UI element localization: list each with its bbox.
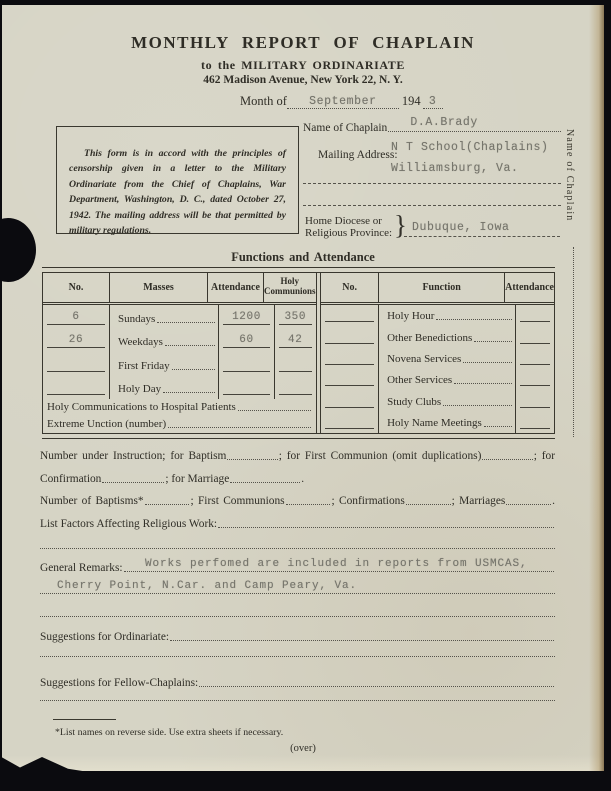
blank-line — [40, 548, 555, 549]
table-row: Study Clubs — [321, 390, 554, 411]
row-label: Other Services — [387, 374, 452, 386]
no-fill-line — [325, 328, 374, 344]
dotted-leader — [238, 410, 311, 411]
censorship-notice-box: This form is in accord with the principl… — [56, 126, 299, 234]
col-header-no: No. — [321, 272, 379, 302]
month-line: Month of September 194 3 — [240, 93, 443, 109]
dotted-leader — [102, 482, 164, 483]
year-fill-line: 3 — [423, 93, 443, 109]
chaplain-name-line: Name of Chaplain D.A.Brady — [303, 122, 562, 134]
table-row: Holy Communications to Hospital Patients — [43, 399, 316, 416]
table-title: Functions and Attendance — [2, 250, 604, 265]
dotted-leader — [168, 427, 310, 428]
no-fill-line — [47, 356, 105, 372]
sacraments-line: Number of Baptisms* ; First Communions ;… — [40, 495, 555, 507]
dotted-leader — [165, 345, 215, 346]
no-fill-line — [325, 370, 374, 386]
over-label: (over) — [2, 743, 604, 754]
col-header-attendance: Attendance — [208, 272, 264, 302]
table-row: First Friday — [43, 352, 316, 376]
col-header-function: Function — [379, 272, 505, 302]
dotted-leader — [454, 383, 512, 384]
attendance-fill-line — [520, 328, 550, 344]
dotted-leader — [163, 392, 215, 393]
table-row: 6 Sundays 1200 350 — [43, 305, 316, 329]
page-title: MONTHLY REPORT OF CHAPLAIN — [2, 33, 604, 53]
attendance-fill-line — [223, 379, 270, 395]
remarks-typed-line2: Cherry Point, N.Car. and Camp Peary, Va. — [57, 580, 357, 592]
row-label: Weekdays — [118, 336, 163, 348]
blank-line — [40, 616, 555, 617]
table-row: Novena Services — [321, 348, 554, 369]
row-label: Novena Services — [387, 353, 461, 365]
no-fill-line — [325, 306, 374, 322]
chaplain-name-label: Name of Chaplain — [303, 122, 387, 134]
no-fill-line — [47, 379, 105, 395]
masses-body: 6 Sundays 1200 350 26 Weekdays 60 42 Fir… — [43, 305, 316, 399]
no-fill-line: 6 — [47, 309, 105, 325]
month-label: Month of — [240, 94, 287, 109]
month-typed-value: September — [309, 95, 377, 108]
suggestions-fellow-line: Suggestions for Fellow-Chaplains: — [40, 677, 555, 689]
diocese-fill-line — [404, 236, 560, 237]
row-label: Sundays — [118, 313, 155, 325]
functions-header-row: No. Function Attendance — [321, 272, 554, 305]
col-header-no: No. — [43, 272, 110, 302]
address-blank-line-2 — [303, 205, 561, 206]
factors-label: List Factors Affecting Religious Work: — [40, 518, 217, 530]
side-vertical-label: Name of Chaplain — [564, 129, 575, 249]
censorship-notice-text: This form is in accord with the principl… — [57, 127, 298, 239]
table-row: Holy Hour — [321, 305, 554, 326]
attendance-fill-line — [223, 356, 270, 372]
dotted-leader — [484, 426, 512, 427]
table-row: Holy Day — [43, 376, 316, 400]
table-row: Other Services — [321, 369, 554, 390]
masses-header-row: No. Masses Attendance Holy Communions — [43, 272, 316, 305]
mailing-typed-line1: N T School(Chaplains) — [391, 141, 549, 154]
chaplain-name-typed: D.A.Brady — [410, 116, 478, 129]
address-blank-line-1 — [303, 183, 561, 184]
dotted-leader — [443, 405, 512, 406]
table-row: Extreme Unction (number) — [43, 416, 316, 433]
dotted-leader — [172, 369, 215, 370]
dotted-leader — [436, 319, 512, 320]
factors-line: List Factors Affecting Religious Work: — [40, 518, 555, 530]
dotted-leader — [170, 640, 554, 641]
communions-fill-line — [279, 356, 312, 372]
row-label: Extreme Unction (number) — [47, 418, 166, 430]
instruction-line-1: Number under Instruction; for Baptism ; … — [40, 450, 555, 462]
mailing-address-label: Mailing Address: — [318, 149, 398, 161]
dotted-leader — [506, 504, 551, 505]
dotted-leader — [145, 504, 190, 505]
table-bottom-rule — [42, 433, 555, 439]
footnote-rule — [53, 719, 116, 720]
dotted-leader — [286, 504, 331, 505]
row-label: First Friday — [118, 360, 170, 372]
diocese-label-line1: Home Diocese or — [305, 215, 382, 227]
attendance-fill-line — [520, 306, 550, 322]
remarks-typed-line1: Works perfomed are included in reports f… — [145, 558, 528, 570]
footnote-text: *List names on reverse side. Use extra s… — [55, 727, 283, 738]
attendance-fill-line: 60 — [223, 332, 270, 348]
table-row: 26 Weekdays 60 42 — [43, 329, 316, 353]
no-fill-line — [325, 392, 374, 408]
col-header-communions: Holy Communions — [264, 272, 316, 302]
suggestions-fellow-label: Suggestions for Fellow-Chaplains: — [40, 677, 198, 689]
attendance-fill-line — [520, 413, 550, 429]
attendance-fill-line — [520, 349, 550, 365]
mailing-typed-line2: Williamsburg, Va. — [391, 162, 519, 175]
year-typed-value: 3 — [429, 95, 437, 108]
row-label: Holy Day — [118, 383, 161, 395]
attendance-fill-line — [520, 392, 550, 408]
dotted-leader — [218, 527, 554, 528]
blank-line — [40, 656, 555, 657]
functions-panel: No. Function Attendance Holy Hour Other … — [320, 272, 555, 433]
year-printed: 194 — [402, 94, 421, 109]
row-label: Holy Communications to Hospital Patients — [47, 401, 236, 413]
functions-body: Holy Hour Other Benedictions Novena Serv… — [321, 305, 554, 433]
page-address: 462 Madison Avenue, New York 22, N. Y. — [2, 74, 604, 86]
dotted-leader — [474, 341, 512, 342]
col-header-attendance: Attendance — [505, 272, 554, 302]
no-fill-line: 26 — [47, 332, 105, 348]
masses-panel: No. Masses Attendance Holy Communions 6 … — [42, 272, 317, 433]
blank-line — [40, 700, 555, 701]
scanned-document: MONTHLY REPORT OF CHAPLAIN to the MILITA… — [0, 0, 611, 791]
suggestions-ordinariate-label: Suggestions for Ordinariate: — [40, 631, 169, 643]
side-vertical-fill-line — [573, 247, 574, 437]
chaplain-name-fill-line: D.A.Brady — [388, 131, 561, 132]
diocese-typed: Dubuque, Iowa — [412, 221, 510, 234]
row-label: Holy Name Meetings — [387, 417, 482, 429]
dotted-leader — [124, 571, 554, 572]
communions-fill-line: 42 — [279, 332, 312, 348]
functions-attendance-table: No. Masses Attendance Holy Communions 6 … — [42, 272, 555, 433]
col-header-masses: Masses — [110, 272, 208, 302]
diocese-label-line2: Religious Province: — [305, 227, 392, 239]
dotted-leader — [157, 322, 215, 323]
page-subtitle: to the MILITARY ORDINARIATE — [2, 58, 604, 73]
instruction-line-2: Confirmation ; for Marriage . — [40, 473, 304, 485]
table-row: Other Benedictions — [321, 326, 554, 347]
dotted-leader — [482, 459, 532, 460]
dotted-leader — [230, 482, 300, 483]
row-label: Holy Hour — [387, 310, 434, 322]
general-remarks-label: General Remarks: — [40, 562, 123, 574]
table-row: Holy Name Meetings — [321, 412, 554, 433]
communions-fill-line: 350 — [279, 309, 312, 325]
blank-line — [40, 593, 555, 594]
dotted-leader — [199, 686, 554, 687]
suggestions-ordinariate-line: Suggestions for Ordinariate: — [40, 631, 555, 643]
no-fill-line — [325, 349, 374, 365]
no-fill-line — [325, 413, 374, 429]
masses-footer: Holy Communications to Hospital Patients… — [43, 399, 316, 433]
dotted-leader — [227, 459, 277, 460]
month-fill-line: September — [287, 93, 399, 109]
communions-fill-line — [279, 379, 312, 395]
dotted-leader — [463, 362, 512, 363]
row-label: Other Benedictions — [387, 332, 472, 344]
dotted-leader — [406, 504, 451, 505]
attendance-fill-line — [520, 370, 550, 386]
attendance-fill-line: 1200 — [223, 309, 270, 325]
form-page: MONTHLY REPORT OF CHAPLAIN to the MILITA… — [2, 5, 604, 771]
row-label: Study Clubs — [387, 396, 441, 408]
